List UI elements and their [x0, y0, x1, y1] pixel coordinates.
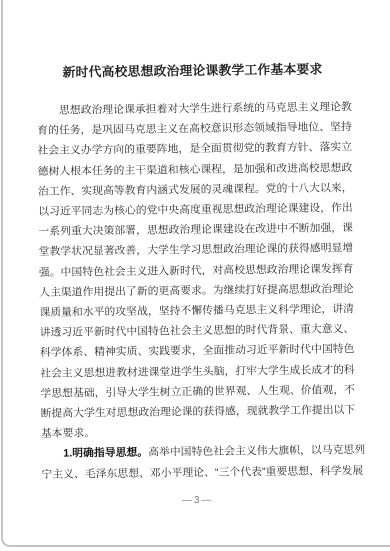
line-text: 强。中国特色社会主义进入新时代，对高校思想政治理论课发挥育 — [39, 263, 354, 279]
line-text: 课质量和水平的攻坚战，坚持不懈传播马克思主义科学理论，讲清 — [39, 303, 354, 319]
line-text: 堂教学状况显著改善，大学生学习思想政治理论课的获得感明显增 — [39, 242, 354, 258]
line-text: 宁主义、毛泽东思想、邓小平理论、“三个代表”重要思想、科学发展 — [41, 465, 363, 481]
page-content: 新时代高校思想政治理论课教学工作基本要求 思想政治理论课承担着对大学生进行系统的… — [0, 0, 390, 551]
line-text: 思想政治理论课承担着对大学生进行系统的马克思主义理论教 — [59, 101, 352, 117]
line-text: 德树人根本任务的主干渠道和核心课程，是加强和改进高校思想政 — [38, 162, 353, 178]
page-number: —3— — [3, 488, 390, 513]
bold-lead-text: 1.明确指导思想。 — [63, 447, 148, 460]
line-text: 治工作、实现高等教育内涵式发展的灵魂课程。党的十八大以来， — [38, 182, 353, 198]
document-page: 新时代高校思想政治理论课教学工作基本要求 思想政治理论课承担着对大学生进行系统的… — [0, 0, 390, 551]
line-text: 以习近平同志为核心的党中央高度重视思想政治理论课建设，作出 — [38, 202, 353, 218]
line-text: 一系列重大决策部署，思想政治理论课建设在改进中不断加强，课 — [38, 222, 353, 238]
line-text: 学思想基础，引导大学生树立正确的世界观、人生观、价值观，不 — [40, 384, 355, 400]
body-text-line: 宁主义、毛泽东思想、邓小平理论、“三个代表”重要思想、科学发展 — [41, 460, 390, 484]
line-text: 讲透习近平新时代中国特色社会主义思想的时代背景、重大意义、 — [40, 323, 355, 339]
page-title: 新时代高校思想政治理论课教学工作基本要求 — [0, 61, 388, 82]
line-text: 科学体系、精神实质、实践要求，全面推动习近平新时代中国特色 — [40, 343, 355, 359]
line-text: 高举中国特色社会主义伟大旗帜，以马克思列 — [148, 444, 365, 459]
line-text: 社会主义办学方向的重要阵地，是全面贯彻党的教育方针、落实立 — [37, 141, 352, 157]
body-text: 思想政治理论课承担着对大学生进行系统的马克思主义理论教 育的任务，是巩固马克思主… — [37, 97, 390, 485]
line-text: 社会主义思想进教材进课堂进学生头脑，打牢大学生成长成才的科 — [40, 364, 355, 380]
line-text: 断提高大学生对思想政治理论课的获得感，现就教学工作提出以下 — [41, 404, 356, 420]
line-text: 人主渠道作用提出了新的更高要求。为继续打好提高思想政治理论 — [39, 283, 354, 299]
line-text: 育的任务，是巩固马克思主义在高校意识形态领域指导地位、坚持 — [37, 121, 352, 137]
line-text: 基本要求。 — [41, 427, 95, 440]
